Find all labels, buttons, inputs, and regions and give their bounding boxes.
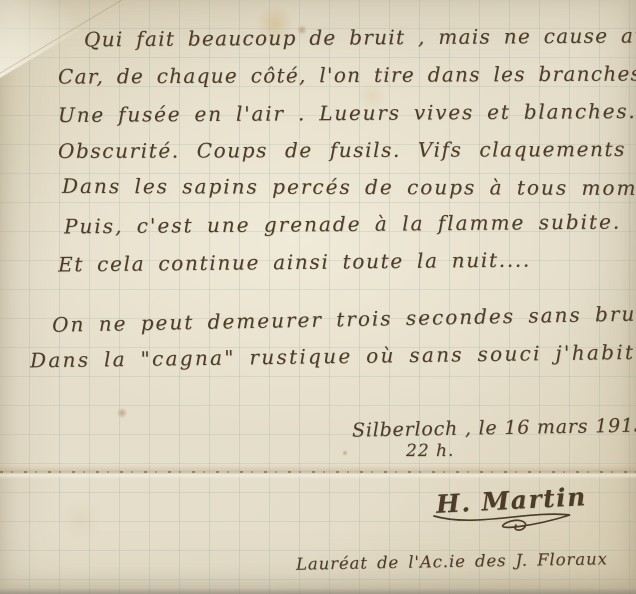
poem-line-2: Car, de chaque côté, l'on tire dans les … (58, 63, 636, 86)
credit-line: Lauréat de l'Ac.ie des J. Floraux (296, 549, 608, 573)
dateline-time: 22 h. (406, 441, 454, 461)
poem-line-8: On ne peut demeurer trois secondes sans … (52, 303, 636, 335)
manuscript-page: Qui fait beaucoup de bruit , mais ne cau… (0, 0, 636, 594)
poem-line-9: Dans la "cagna" rustique où sans souci j… (30, 342, 636, 371)
poem-line-7: Et cela continue ainsi toute la nuit.... (58, 250, 531, 275)
poem-line-5: Dans les sapins percés de coups à tous m… (62, 176, 636, 198)
poem-line-3: Une fusée en l'air . Lueurs vives et bla… (58, 101, 636, 125)
bottom-edge-shadow (0, 588, 636, 594)
poem-line-1: Qui fait beaucoup de bruit , mais ne cau… (84, 25, 636, 50)
dateline-place-date: Silberloch , le 16 mars 1915, (352, 414, 636, 441)
horizontal-fold-crease (0, 465, 636, 479)
signature-flourish (430, 508, 580, 538)
poem-line-4: Obscurité. Coups de fusils. Vifs claquem… (58, 139, 626, 161)
poem-line-6: Puis, c'est une grenade à la flamme subi… (64, 212, 621, 237)
